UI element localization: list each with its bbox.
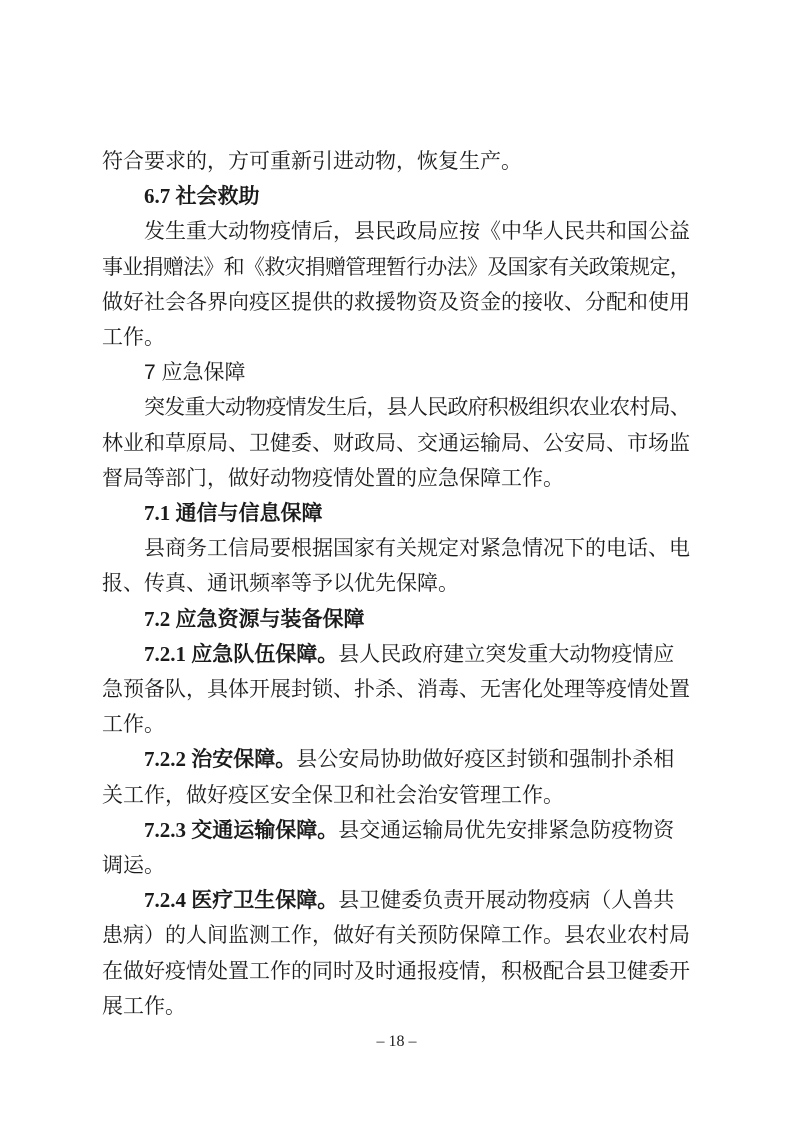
text-line: 工作。 bbox=[102, 707, 690, 742]
text-line: 7.2.1 应急队伍保障。县人民政府建立突发重大动物疫情应 bbox=[102, 637, 690, 672]
paragraph: 发生重大动物疫情后，县民政局应按《中华人民共和国公益 事业捐赠法》和《救灾捐赠管… bbox=[102, 214, 690, 355]
text-line: 展工作。 bbox=[102, 989, 690, 1024]
clause-7-2-1: 7.2.1 应急队伍保障。县人民政府建立突发重大动物疫情应 急预备队，具体开展封… bbox=[102, 637, 690, 743]
clause-lead: 7.2.2 治安保障。 bbox=[144, 747, 296, 771]
text-line: 突发重大动物疫情发生后，县人民政府积极组织农业农村局、 bbox=[102, 390, 690, 425]
text-line: 报、传真、通讯频率等予以优先保障。 bbox=[102, 566, 690, 601]
section-heading-7-2: 7.2 应急资源与装备保障 bbox=[102, 602, 690, 637]
text-line: 发生重大动物疫情后，县民政局应按《中华人民共和国公益 bbox=[102, 214, 690, 249]
chapter-heading-7: 7 应急保障 bbox=[102, 355, 690, 390]
section-heading-6-7: 6.7 社会救助 bbox=[102, 179, 690, 214]
clause-lead: 7.2.4 医疗卫生保障。 bbox=[144, 888, 338, 912]
text-line: 督局等部门，做好动物疫情处置的应急保障工作。 bbox=[102, 461, 690, 496]
clause-text: 县公安局协助做好疫区封锁和强制扑杀相 bbox=[296, 747, 674, 771]
clause-text: 县卫健委负责开展动物疫病（人兽共 bbox=[338, 888, 674, 912]
heading-text: 7.2 应急资源与装备保障 bbox=[102, 602, 690, 637]
section-heading-7-1: 7.1 通信与信息保障 bbox=[102, 496, 690, 531]
heading-text: 7 应急保障 bbox=[102, 355, 690, 390]
clause-7-2-2: 7.2.2 治安保障。县公安局协助做好疫区封锁和强制扑杀相 关工作，做好疫区安全… bbox=[102, 742, 690, 812]
clause-7-2-4: 7.2.4 医疗卫生保障。县卫健委负责开展动物疫病（人兽共 患病）的人间监测工作… bbox=[102, 883, 690, 1024]
text-line: 县商务工信局要根据国家有关规定对紧急情况下的电话、电 bbox=[102, 531, 690, 566]
paragraph-continuation: 符合要求的，方可重新引进动物，恢复生产。 bbox=[102, 144, 690, 179]
text-line: 工作。 bbox=[102, 320, 690, 355]
clause-lead: 7.2.1 应急队伍保障。 bbox=[144, 642, 338, 666]
text-line: 事业捐赠法》和《救灾捐赠管理暂行办法》及国家有关政策规定， bbox=[102, 250, 690, 285]
text-line: 调运。 bbox=[102, 848, 690, 883]
clause-text: 县交通运输局优先安排紧急防疫物资 bbox=[338, 818, 674, 842]
text-line: 急预备队，具体开展封锁、扑杀、消毒、无害化处理等疫情处置 bbox=[102, 672, 690, 707]
text-line: 符合要求的，方可重新引进动物，恢复生产。 bbox=[102, 144, 690, 179]
heading-text: 6.7 社会救助 bbox=[102, 179, 690, 214]
heading-text: 7.1 通信与信息保障 bbox=[102, 496, 690, 531]
page-content: 符合要求的，方可重新引进动物，恢复生产。 6.7 社会救助 发生重大动物疫情后，… bbox=[102, 144, 690, 1024]
clause-text: 县人民政府建立突发重大动物疫情应 bbox=[338, 642, 674, 666]
text-line: 做好社会各界向疫区提供的救援物资及资金的接收、分配和使用 bbox=[102, 285, 690, 320]
paragraph: 县商务工信局要根据国家有关规定对紧急情况下的电话、电 报、传真、通讯频率等予以优… bbox=[102, 531, 690, 601]
document-page: 符合要求的，方可重新引进动物，恢复生产。 6.7 社会救助 发生重大动物疫情后，… bbox=[0, 0, 793, 1122]
text-line: 7.2.2 治安保障。县公安局协助做好疫区封锁和强制扑杀相 bbox=[102, 742, 690, 777]
clause-7-2-3: 7.2.3 交通运输保障。县交通运输局优先安排紧急防疫物资 调运。 bbox=[102, 813, 690, 883]
text-line: 7.2.3 交通运输保障。县交通运输局优先安排紧急防疫物资 bbox=[102, 813, 690, 848]
page-number: – 18 – bbox=[0, 1032, 793, 1052]
text-line: 7.2.4 医疗卫生保障。县卫健委负责开展动物疫病（人兽共 bbox=[102, 883, 690, 918]
text-line: 关工作，做好疫区安全保卫和社会治安管理工作。 bbox=[102, 778, 690, 813]
clause-lead: 7.2.3 交通运输保障。 bbox=[144, 818, 338, 842]
paragraph: 突发重大动物疫情发生后，县人民政府积极组织农业农村局、 林业和草原局、卫健委、财… bbox=[102, 390, 690, 496]
text-line: 林业和草原局、卫健委、财政局、交通运输局、公安局、市场监 bbox=[102, 426, 690, 461]
text-line: 在做好疫情处置工作的同时及时通报疫情，积极配合县卫健委开 bbox=[102, 954, 690, 989]
text-line: 患病）的人间监测工作，做好有关预防保障工作。县农业农村局 bbox=[102, 918, 690, 953]
